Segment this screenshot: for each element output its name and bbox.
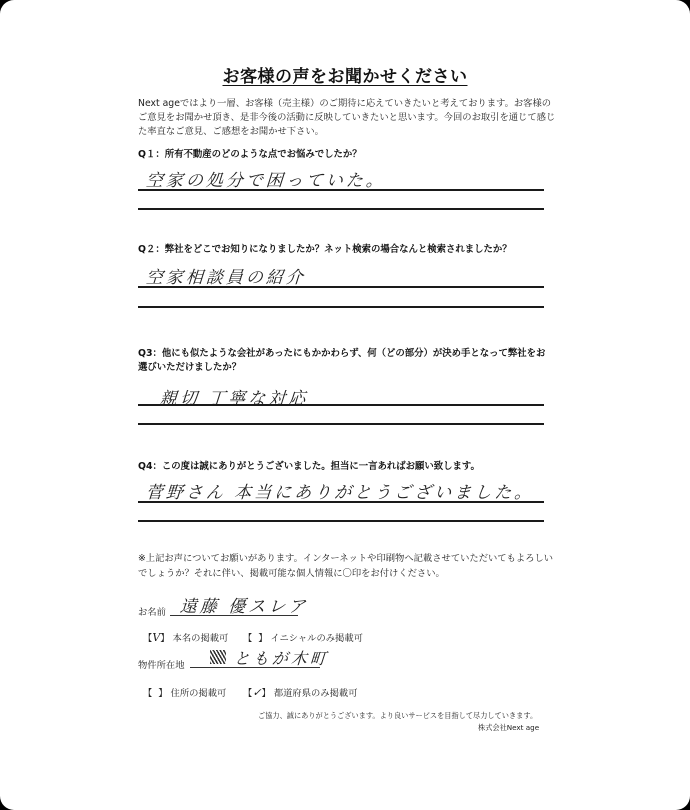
answer-line (138, 208, 544, 210)
option-label: 都道府県のみ掲載可 (274, 688, 358, 699)
intro-text: Next ageではより一層、お客様（売主様）のご期待に応えていきたいと考えてお… (138, 97, 558, 139)
question-1-label: Q１：所有不動産のどのような点でお悩みでしたか？ (138, 148, 548, 162)
location-underline (190, 667, 320, 668)
option-initials-only[interactable]: 【 】 イニシャルのみ掲載可 (243, 630, 363, 644)
bracket-close: 】 (160, 633, 169, 644)
location-value: ともが木町 (233, 646, 330, 669)
question-1-answer: 空家の処分で困っていた。 (145, 166, 387, 191)
scribble-mark (210, 650, 226, 664)
bracket-close: 】 (158, 688, 167, 699)
name-underline (170, 615, 298, 616)
bracket-open: 【 (243, 688, 252, 699)
answer-line (138, 306, 544, 308)
answer-line (138, 423, 544, 425)
option-prefecture-only[interactable]: 【✓】 都道府県のみ掲載可 (243, 685, 358, 699)
bracket-close: 】 (258, 633, 267, 644)
footer-thanks: ご協力、誠にありがとうございます。より良いサービスを目指して尽力していきます。 (258, 711, 537, 721)
option-label: 住所の掲載可 (171, 688, 227, 699)
answer-line (138, 189, 544, 191)
check-mark: ✓ (252, 686, 261, 699)
bracket-close: 】 (262, 688, 271, 699)
option-full-address[interactable]: 【 】 住所の掲載可 (143, 685, 226, 699)
bracket-open: 【 (243, 633, 252, 644)
answer-line (138, 501, 544, 503)
bracket-open: 【 (143, 688, 152, 699)
answer-line (138, 520, 544, 522)
location-label: 物件所在地 (138, 657, 185, 671)
option-label: 本名の掲載可 (173, 633, 229, 644)
survey-sheet: お客様の声をお聞かせください Next ageではより一層、お客様（売主様）のご… (0, 0, 690, 810)
question-4-answer: 菅野さん 本当にありがとうございました。 (145, 478, 535, 503)
answer-line (138, 404, 544, 406)
footer-company: 株式会社Next age (478, 723, 539, 733)
name-value: 遠藤 優スレア (179, 592, 309, 617)
consent-note: ※上記お声についてお願いがあります。インターネットや印刷物へ記載させていただいて… (138, 551, 558, 581)
question-4-label: Q4：この度は誠にありがとうございました。担当に一言あればお願い致します。 (138, 460, 548, 474)
question-2-label: Q２：弊社をどこでお知りになりましたか？ネット検索の場合なんと検索されましたか？ (138, 243, 548, 257)
option-label: イニシャルのみ掲載可 (271, 633, 363, 644)
page-title: お客様の声をお聞かせください (0, 62, 690, 87)
bracket-open: 【 (143, 633, 152, 644)
answer-line (138, 286, 544, 288)
option-real-name[interactable]: 【V】 本名の掲載可 (143, 630, 228, 644)
name-label: お名前 (138, 604, 166, 618)
question-2-answer: 空家相談員の紹介 (145, 263, 307, 288)
question-3-label: Q3：他にも似たような会社があったにもかかわらず、何（どの部分）が決め手となって… (138, 347, 548, 375)
